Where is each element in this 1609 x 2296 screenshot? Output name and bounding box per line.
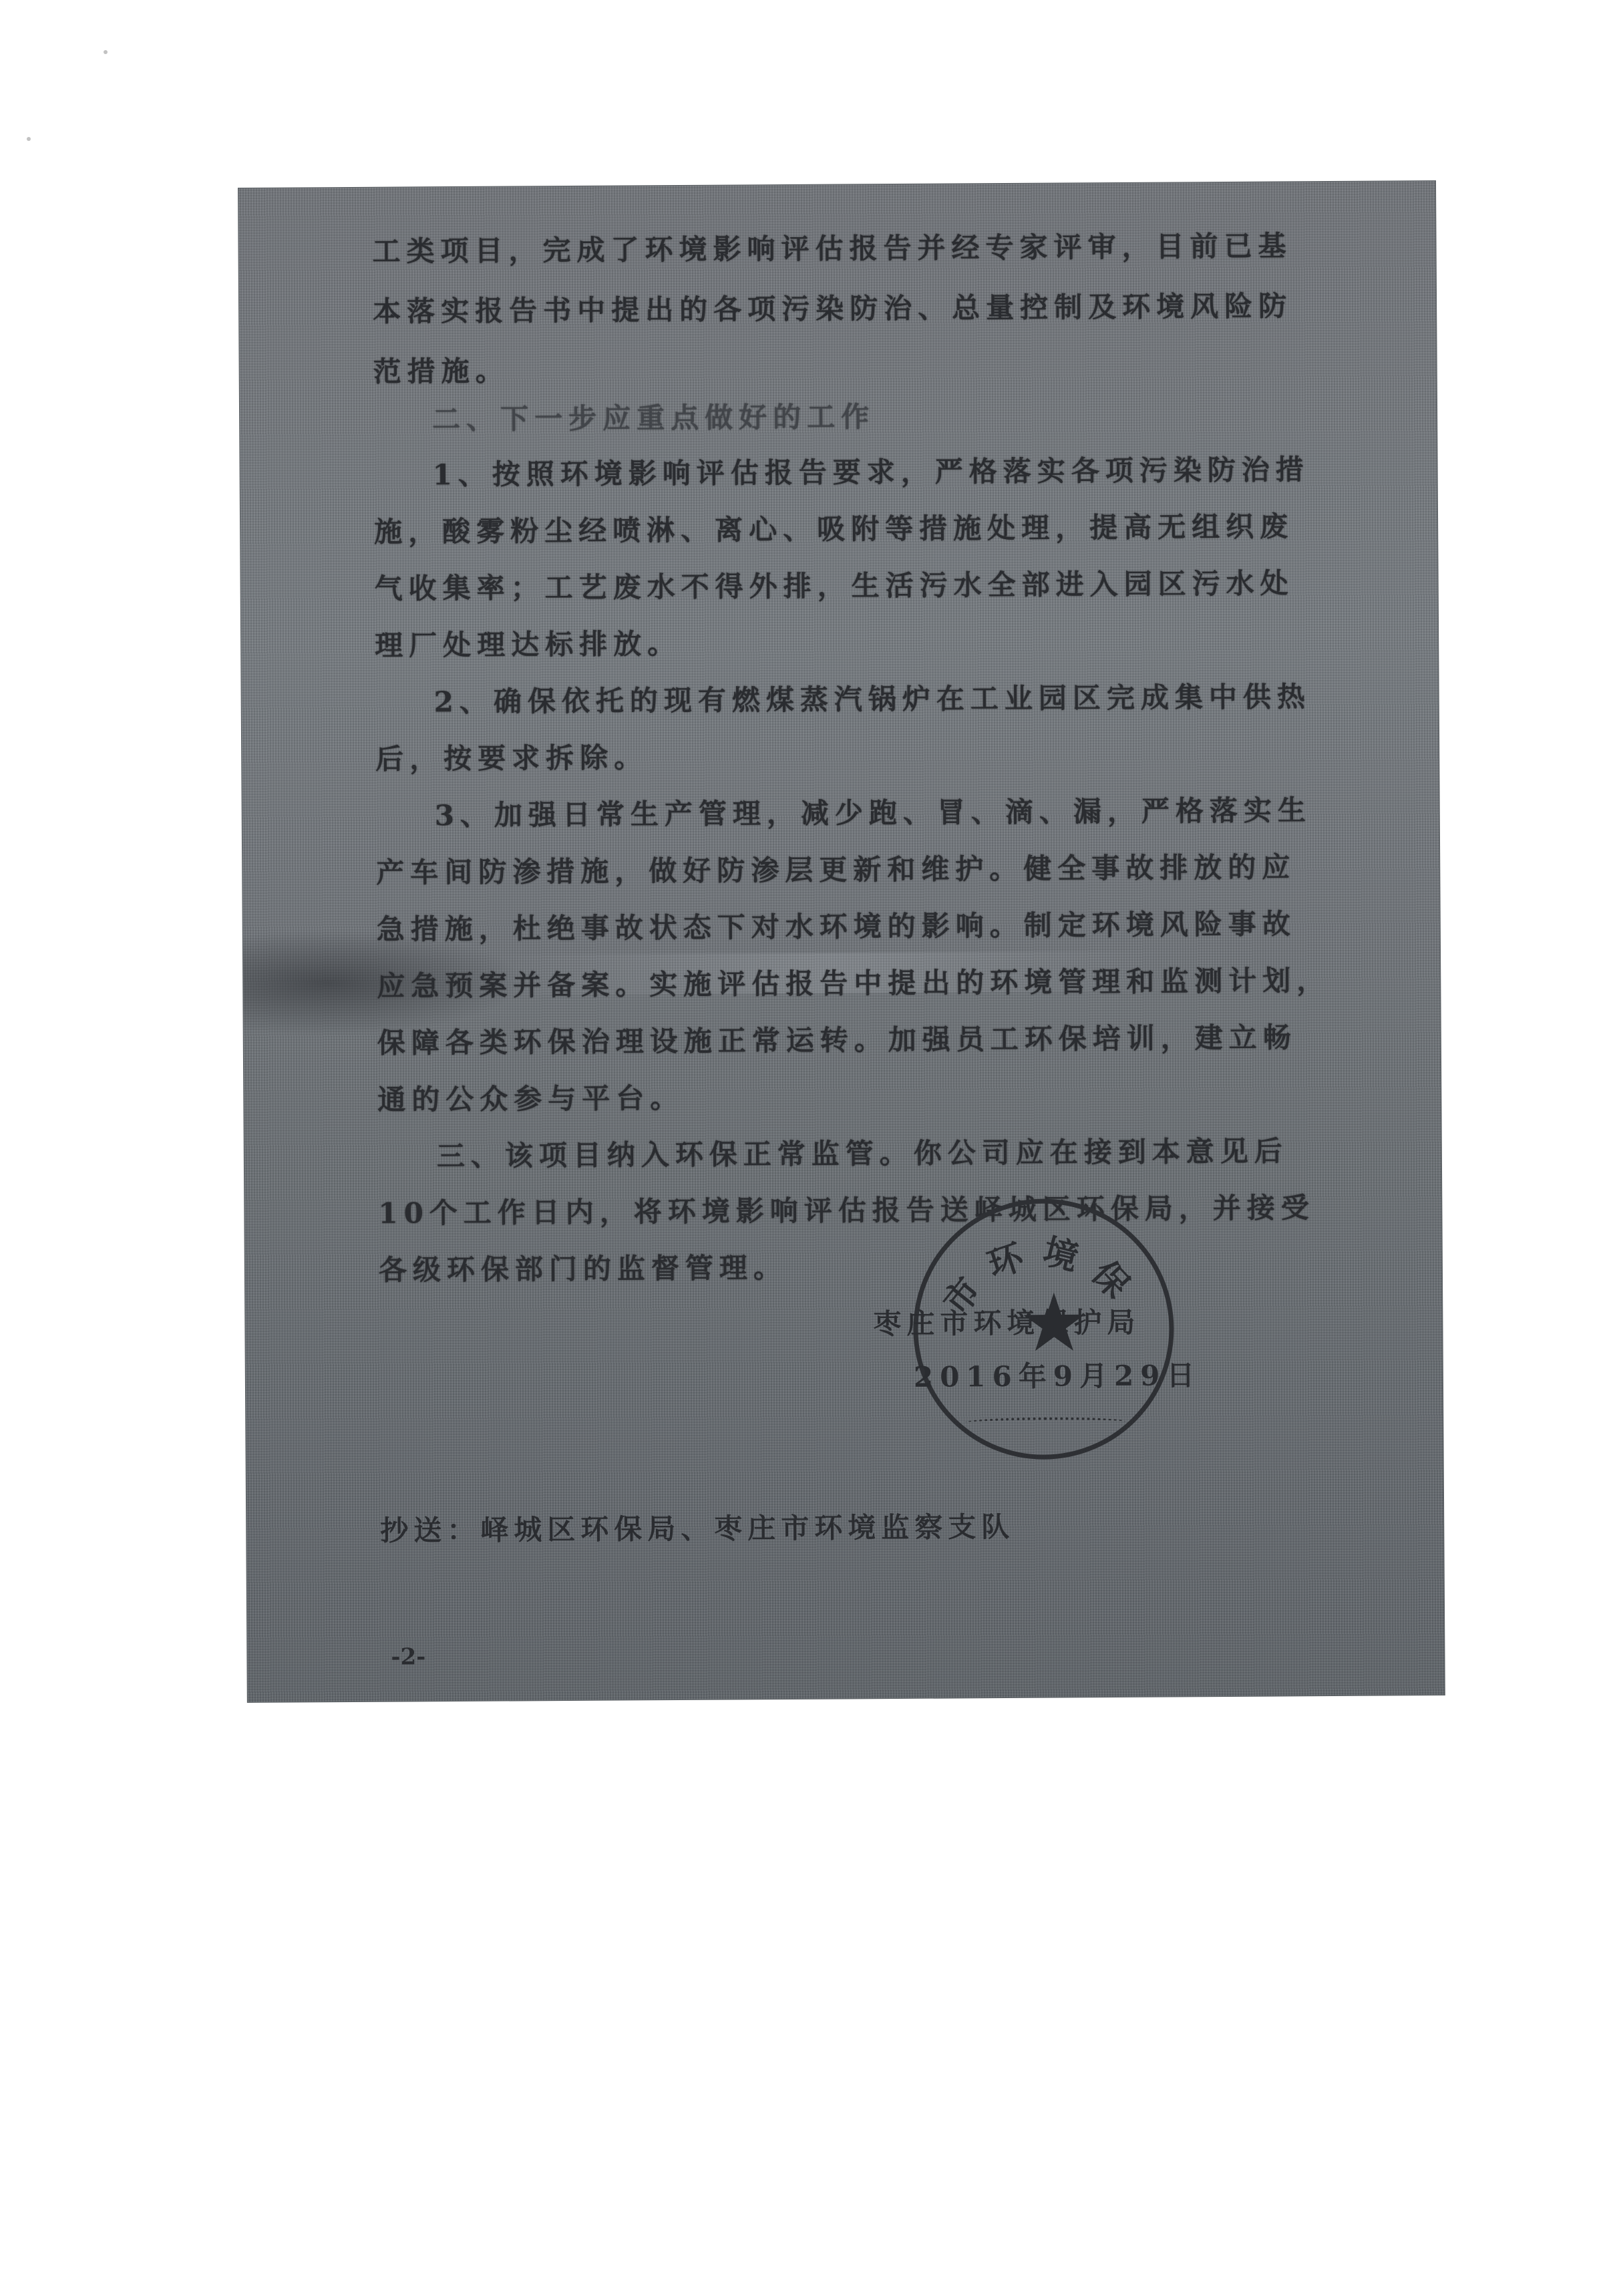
stray-scan-mark	[104, 50, 108, 54]
body-line: 通的公众参与平台。	[377, 1077, 1326, 1118]
stray-scan-mark	[27, 137, 31, 141]
body-line: 1、按照环境影响评估报告要求，严格落实各项污染防治措	[432, 452, 1381, 493]
body-line: 三、该项目纳入环保正常监管。你公司应在接到本意见后	[437, 1134, 1385, 1174]
body-line: 施，酸雾粉尘经喷淋、离心、吸附等措施处理，提高无组织废	[374, 509, 1322, 550]
body-line: 10个工作日内，将环境影响评估报告送峄城区环保局，并接受	[378, 1190, 1326, 1231]
body-line: 本落实报告书中提出的各项污染防治、总量控制及环境风险防	[373, 289, 1321, 329]
body-line: 保障各类环保治理设施正常运转。加强员工环保培训，建立畅	[377, 1020, 1326, 1061]
body-line: 工类项目，完成了环境影响评估报告并经专家评审，目前已基	[372, 228, 1320, 269]
body-line: 后，按要求拆除。	[375, 736, 1324, 777]
body-line: 各级环保部门的监督管理。	[379, 1247, 1327, 1288]
issue-date: 2016年9月29日	[914, 1358, 1202, 1395]
body-line: 气收集率；工艺废水不得外排，生活污水全部进入园区污水处	[375, 566, 1323, 607]
body-line: 范措施。	[373, 349, 1322, 389]
page-number: -2-	[391, 1643, 425, 1670]
issuer-name: 枣庄市环境保护局	[873, 1305, 1140, 1341]
scanned-page: 工类项目，完成了环境影响评估报告并经专家评审，目前已基 本落实报告书中提出的各项…	[238, 181, 1445, 1702]
cc-line: 抄送：峄城区环保局、枣庄市环境监察支队	[380, 1510, 1015, 1548]
section-heading: 二、下一步应重点做好的工作	[432, 397, 1381, 438]
body-line: 急措施，杜绝事故状态下对水环境的影响。制定环境风险事故	[377, 907, 1325, 947]
body-line: 应急预案并备案。实施评估报告中提出的环境管理和监测计划，	[377, 963, 1325, 1004]
body-line: 理厂处理达标排放。	[375, 623, 1323, 663]
body-line: 产车间防渗措施，做好防渗层更新和维护。健全事故排放的应	[376, 850, 1324, 890]
body-line: 3、加强日常生产管理，减少跑、冒、滴、漏，严格落实生	[435, 793, 1383, 834]
body-line: 2、确保依托的现有燃煤蒸汽锅炉在工业园区完成集中供热	[434, 679, 1383, 720]
